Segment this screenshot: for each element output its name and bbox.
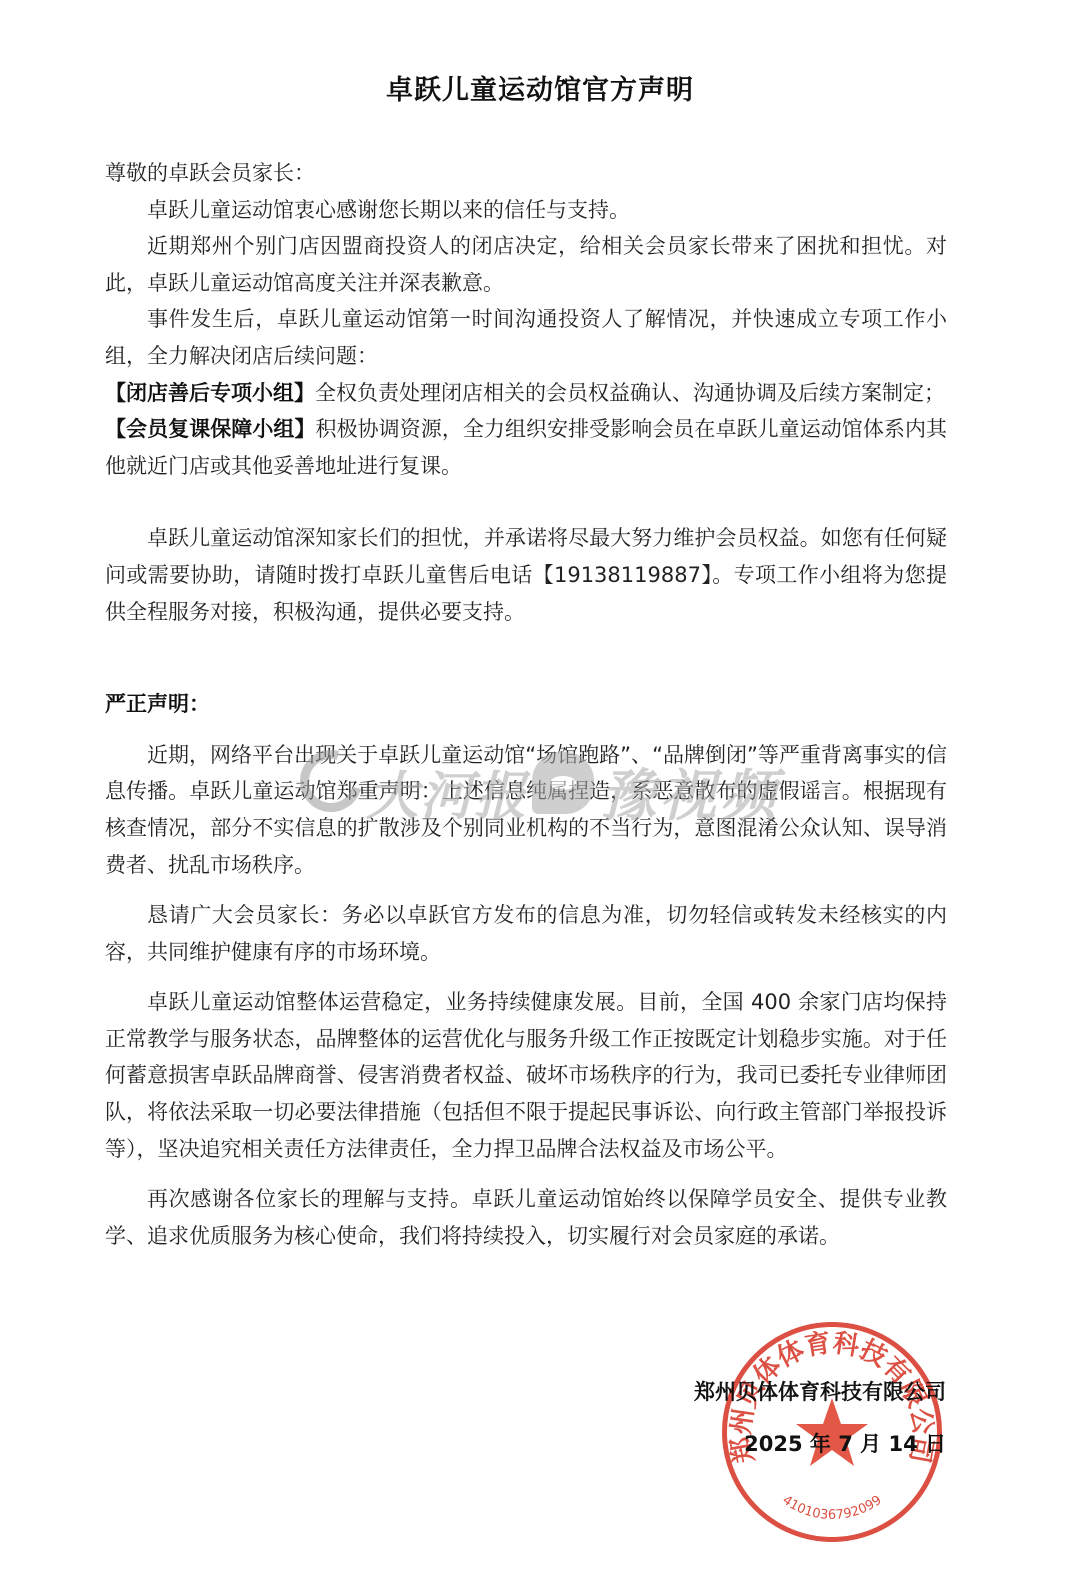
paragraph-thanks: 卓跃儿童运动馆衷心感谢您长期以来的信任与支持。 (105, 192, 947, 229)
paragraph-group-closure: 【闭店善后专项小组】全权负责处理闭店相关的会员权益确认、沟通协调及后续方案制定； (105, 375, 947, 412)
spacer (105, 484, 947, 520)
signature-block: 郑州贝体体育科技有限公司 2025 年 7 月 14 日 (694, 1374, 946, 1462)
signature-company: 郑州贝体体育科技有限公司 (694, 1374, 946, 1410)
svg-text:4101036792099: 4101036792099 (779, 1493, 884, 1523)
seal-number: 4101036792099 (779, 1493, 884, 1523)
solemn-paragraph-operations: 卓跃儿童运动馆整体运营稳定，业务持续健康发展。目前，全国 400 余家门店均保持… (105, 984, 947, 1167)
solemn-paragraph-closing: 再次感谢各位家长的理解与支持。卓跃儿童运动馆始终以保障学员安全、提供专业教学、追… (105, 1181, 947, 1254)
group-closure-text: 全权负责处理闭店相关的会员权益确认、沟通协调及后续方案制定； (315, 381, 945, 405)
spacer (105, 630, 947, 686)
spacer (105, 883, 947, 897)
salutation: 尊敬的卓跃会员家长： (105, 155, 947, 192)
solemn-paragraph-rumor: 近期，网络平台出现关于卓跃儿童运动馆“场馆跑路”、“品牌倒闭”等严重背离事实的信… (105, 737, 947, 883)
spacer (105, 1167, 947, 1181)
paragraph-response: 事件发生后，卓跃儿童运动馆第一时间沟通投资人了解情况，并快速成立专项工作小组，全… (105, 301, 947, 374)
document-title: 卓跃儿童运动馆官方声明 (0, 68, 1080, 107)
group-closure-label: 【闭店善后专项小组】 (105, 381, 315, 405)
signature-date: 2025 年 7 月 14 日 (694, 1426, 946, 1462)
paragraph-hotline: 卓跃儿童运动馆深知家长们的担忧，并承诺将尽最大努力维护会员权益。如您有任何疑问或… (105, 520, 947, 630)
paragraph-group-resume: 【会员复课保障小组】积极协调资源，全力组织安排受影响会员在卓跃儿童运动馆体系内其… (105, 411, 947, 484)
spacer (105, 970, 947, 984)
solemn-statement-heading: 严正声明： (105, 686, 947, 723)
solemn-paragraph-request: 恳请广大会员家长：务必以卓跃官方发布的信息为准，切勿轻信或转发未经核实的内容，共… (105, 897, 947, 970)
document-page: 卓跃儿童运动馆官方声明 尊敬的卓跃会员家长： 卓跃儿童运动馆衷心感谢您长期以来的… (0, 0, 1080, 1579)
paragraph-apology: 近期郑州个别门店因盟商投资人的闭店决定，给相关会员家长带来了困扰和担忧。对此，卓… (105, 228, 947, 301)
spacer (105, 723, 947, 737)
document-body: 尊敬的卓跃会员家长： 卓跃儿童运动馆衷心感谢您长期以来的信任与支持。 近期郑州个… (105, 155, 947, 1254)
group-resume-label: 【会员复课保障小组】 (105, 417, 316, 441)
